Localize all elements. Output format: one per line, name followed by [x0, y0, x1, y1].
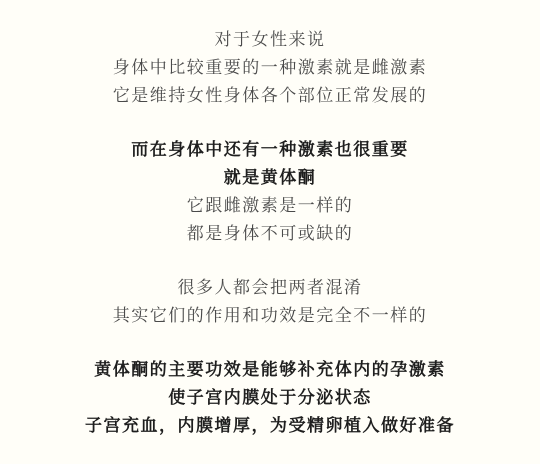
caption-block-3: 很多人都会把两者混淆 其实它们的作用和功效是完全不一样的 [0, 274, 540, 330]
caption-line: 使子宫内膜处于分泌状态 [0, 384, 540, 412]
caption-line: 对于女性来说 [0, 26, 540, 54]
caption-line: 其实它们的作用和功效是完全不一样的 [0, 302, 540, 330]
caption-line: 都是身体不可或缺的 [0, 220, 540, 248]
caption-block-4: 黄体酮的主要功效是能够补充体内的孕激素 使子宫内膜处于分泌状态 子宫充血，内膜增… [0, 356, 540, 440]
caption-line: 身体中比较重要的一种激素就是雌激素 [0, 54, 540, 82]
caption-line: 而在身体中还有一种激素也很重要 [0, 136, 540, 164]
caption-line: 它跟雌激素是一样的 [0, 192, 540, 220]
caption-text-panel: 对于女性来说 身体中比较重要的一种激素就是雌激素 它是维持女性身体各个部位正常发… [0, 0, 540, 464]
caption-line: 它是维持女性身体各个部位正常发展的 [0, 82, 540, 110]
caption-line: 就是黄体酮 [0, 164, 540, 192]
caption-line: 黄体酮的主要功效是能够补充体内的孕激素 [0, 356, 540, 384]
caption-block-1: 对于女性来说 身体中比较重要的一种激素就是雌激素 它是维持女性身体各个部位正常发… [0, 26, 540, 110]
caption-block-2: 而在身体中还有一种激素也很重要 就是黄体酮 它跟雌激素是一样的 都是身体不可或缺… [0, 136, 540, 248]
caption-line: 子宫充血，内膜增厚，为受精卵植入做好准备 [0, 412, 540, 440]
caption-line: 很多人都会把两者混淆 [0, 274, 540, 302]
